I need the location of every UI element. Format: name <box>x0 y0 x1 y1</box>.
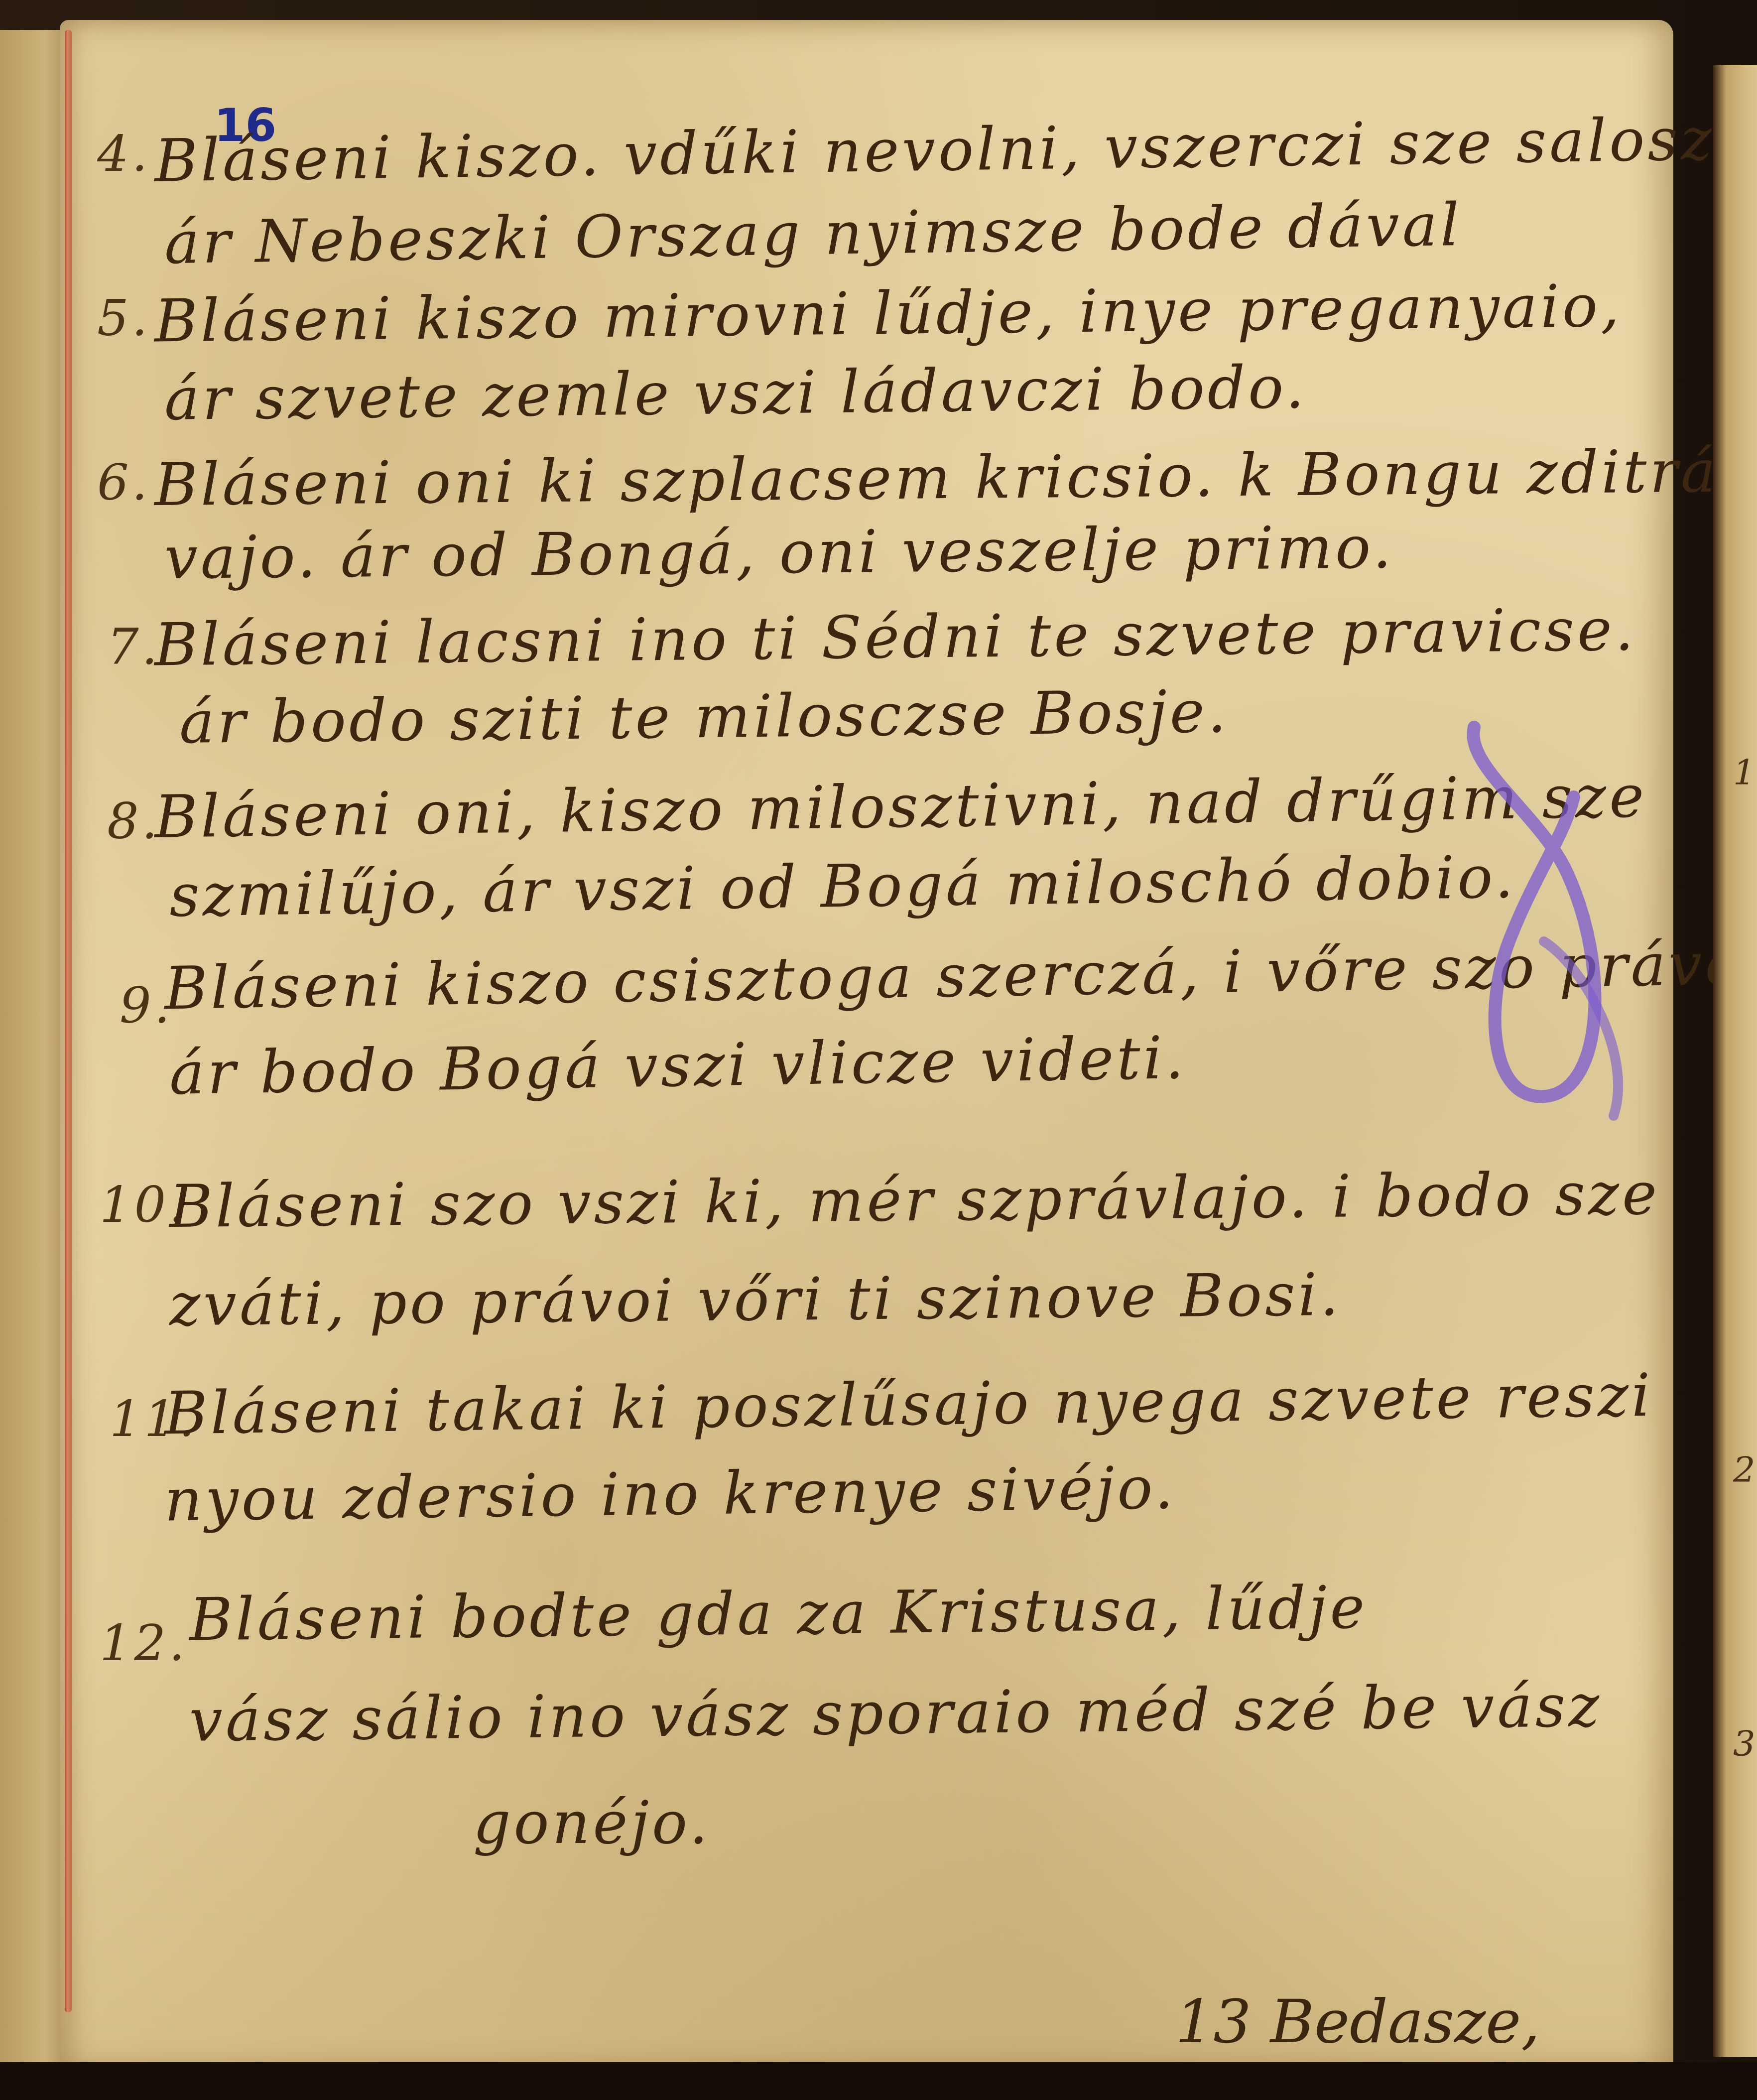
verse-number: 12. <box>100 1614 188 1672</box>
verse-line: Bláseni lacsni ino ti Sédni te szvete pr… <box>154 600 1636 674</box>
catchword: 13 Bedasze, <box>1175 1987 1540 2057</box>
verse-line: ár szvete zemle vszi ládavczi bodo. <box>164 358 1307 428</box>
verse-line: szmilűjo, ár vszi od Bogá miloschó dobio… <box>169 847 1516 925</box>
verse-number: 4. <box>97 125 150 183</box>
verse-line: Bláseni oni ki szplacsem kricsio. k Bong… <box>154 441 1753 514</box>
red-margin-rule <box>65 30 72 2012</box>
verse-line: vász sálio ino vász sporaio méd szé be v… <box>189 1676 1602 1750</box>
adjacent-fragment: 2 <box>1733 1449 1756 1490</box>
verse-line: nyou zdersio ino krenye sivéjo. <box>164 1458 1176 1530</box>
verse-number: 5. <box>97 289 150 347</box>
adjacent-fragment: 1 <box>1733 752 1756 793</box>
verse-line: Bláseni kiszo mirovni lűdje, inye pregan… <box>154 276 1622 351</box>
binding-shadow <box>0 2062 1757 2100</box>
purple-pencil-8-mark <box>1444 707 1653 1136</box>
verse-line: ár bodo Bogá vszi vlicze videti. <box>169 1028 1187 1103</box>
adjacent-fragment: 3 <box>1733 1723 1756 1764</box>
verse-number: 6. <box>97 453 150 512</box>
verse-line: zváti, po právoi vőri ti szinove Bosi. <box>169 1265 1342 1334</box>
manuscript-scene: 16 4. Bláseni kiszo. vdűki nevolni, vsze… <box>0 0 1757 2100</box>
verse-line: gonéjo. <box>473 1793 711 1852</box>
verse-line: ár bodo sziti te milosczse Bosje. <box>179 682 1229 752</box>
verse-line: vajo. ár od Bongá, oni veszelje primo. <box>164 518 1395 587</box>
verse-number: 7. <box>107 618 160 676</box>
adjacent-page-edge: 1 2 3 <box>1713 65 1757 2057</box>
verse-line: ár Nebeszki Orszag nyimsze bode dával <box>164 195 1462 272</box>
verse-line: Bláseni bodte gda za Kristusa, lűdje <box>189 1578 1368 1649</box>
verse-line: Bláseni szo vszi ki, mér szprávlajo. i b… <box>169 1164 1660 1236</box>
verse-line: Bláseni takai ki poszlűsajo nyega szvete… <box>164 1366 1653 1443</box>
verse-number: 8. <box>107 792 160 850</box>
